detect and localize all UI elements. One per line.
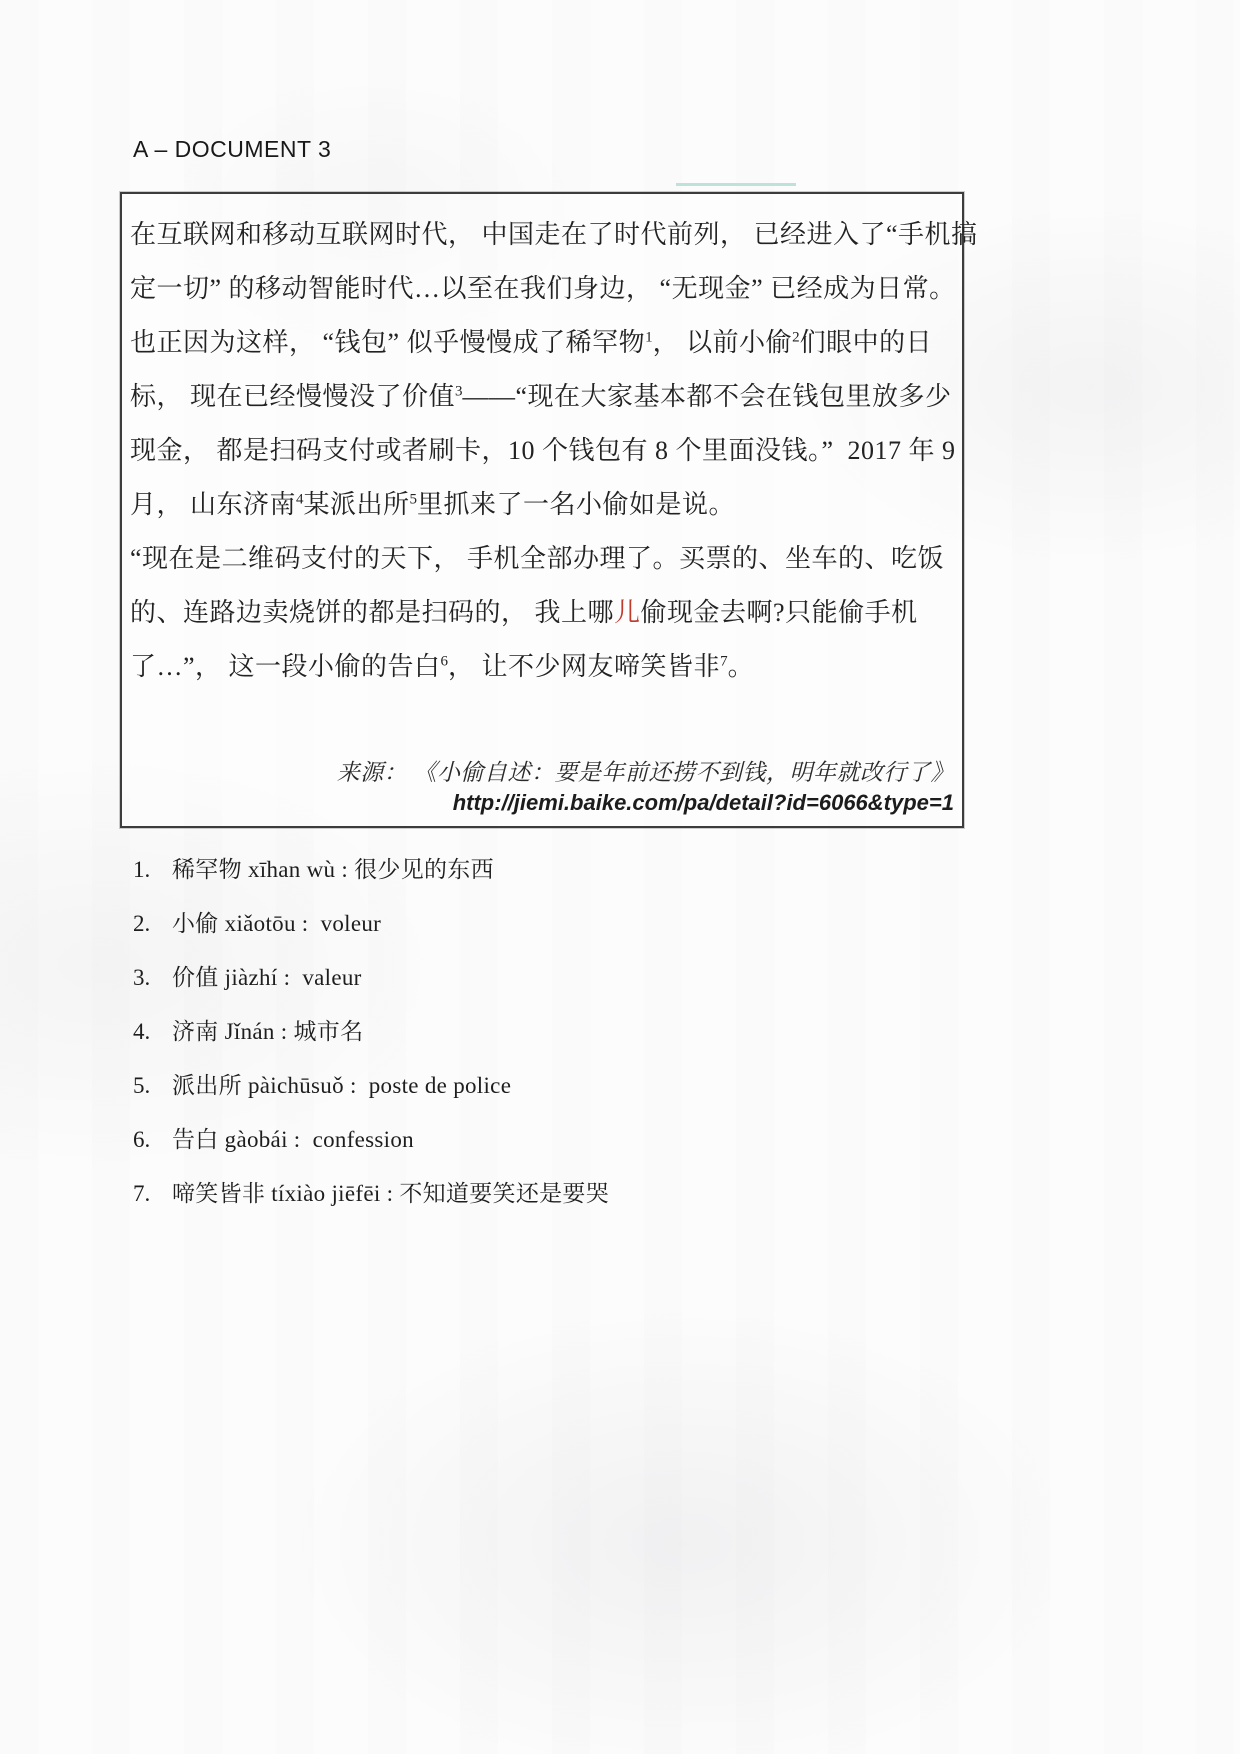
- body-text-run: 现金， 都是扫码支付或者刷卡，10 个钱包有 8 个里面没钱。” 2017 年 …: [130, 436, 956, 465]
- source-block: 来源： 《小偷自述：要是年前还捞不到钱，明年就改行了》 http://jiemi…: [130, 758, 954, 818]
- body-line: 在互联网和移动互联网时代， 中国走在了时代前列， 已经进入了“手机搞: [130, 208, 956, 262]
- source-url: http://jiemi.baike.com/pa/detail?id=6066…: [130, 788, 954, 818]
- body-text-run: 了…”， 这一段小偷的告白: [130, 652, 441, 681]
- page-title: A – DOCUMENT 3: [133, 136, 331, 163]
- footnote-list: 1.稀罕物 xīhan wù : 很少见的东西2.小偷 xiǎotōu : vo…: [133, 856, 973, 1234]
- footnote-item: 6.告白 gàobái : confession: [133, 1126, 973, 1154]
- body-line: 也正因为这样， “钱包” 似乎慢慢成了稀罕物1， 以前小偷2们眼中的日: [130, 316, 956, 370]
- body-line: 的、连路边卖烧饼的都是扫码的， 我上哪儿偷现金去啊?只能偷手机: [130, 586, 956, 640]
- body-line: 定一切” 的移动智能时代…以至在我们身边， “无现金” 已经成为日常。: [130, 262, 956, 316]
- source-citation: 来源： 《小偷自述：要是年前还捞不到钱，明年就改行了》: [130, 758, 954, 788]
- body-text-run: 在互联网和移动互联网时代， 中国走在了时代前列， 已经进入了“手机搞: [130, 220, 978, 249]
- highlighted-character: 儿: [614, 598, 641, 627]
- footnote-item: 7.啼笑皆非 tíxiào jiēfēi : 不知道要笑还是要哭: [133, 1180, 973, 1208]
- footnote-number: 1.: [133, 856, 172, 884]
- footnote-text: 济南 Jǐnán : 城市名: [172, 1018, 363, 1046]
- body-text-run: 。: [728, 652, 755, 681]
- body-text-run: 偷现金去啊?只能偷手机: [641, 598, 918, 627]
- footnote-reference: 5: [410, 491, 418, 507]
- footnote-text: 啼笑皆非 tíxiào jiēfēi : 不知道要笑还是要哭: [172, 1180, 609, 1208]
- footnote-reference: 1: [645, 329, 653, 345]
- footnote-reference: 2: [792, 329, 800, 345]
- footnote-number: 7.: [133, 1180, 172, 1208]
- footnote-item: 2.小偷 xiǎotōu : voleur: [133, 910, 973, 938]
- scan-artifact-line: [676, 183, 796, 186]
- body-text-run: 月， 山东济南: [130, 490, 296, 519]
- footnote-number: 6.: [133, 1126, 172, 1154]
- footnote-item: 3.价值 jiàzhí : valeur: [133, 964, 973, 992]
- body-line: 月， 山东济南4某派出所5里抓来了一名小偷如是说。: [130, 478, 956, 532]
- footnote-number: 4.: [133, 1018, 172, 1046]
- footnote-reference: 4: [296, 491, 304, 507]
- body-text-run: 也正因为这样， “钱包” 似乎慢慢成了稀罕物: [130, 328, 645, 357]
- body-line: 现金， 都是扫码支付或者刷卡，10 个钱包有 8 个里面没钱。” 2017 年 …: [130, 424, 956, 478]
- body-line: 标， 现在已经慢慢没了价值3——“现在大家基本都不会在钱包里放多少: [130, 370, 956, 424]
- footnote-number: 2.: [133, 910, 172, 938]
- footnote-reference: 3: [455, 383, 463, 399]
- body-text-run: 标， 现在已经慢慢没了价值: [130, 382, 455, 411]
- document-body: 在互联网和移动互联网时代， 中国走在了时代前列， 已经进入了“手机搞定一切” 的…: [122, 194, 962, 694]
- body-text-run: ， 以前小偷: [653, 328, 793, 357]
- footnote-reference: 6: [441, 653, 449, 669]
- footnote-text: 价值 jiàzhí : valeur: [172, 964, 362, 992]
- body-text-run: 里抓来了一名小偷如是说。: [417, 490, 735, 519]
- footnote-text: 告白 gàobái : confession: [172, 1126, 414, 1154]
- body-text-run: 们眼中的日: [800, 328, 933, 357]
- body-text-run: “现在是二维码支付的天下， 手机全部办理了。买票的、坐车的、吃饭: [130, 544, 944, 573]
- body-text-run: 定一切” 的移动智能时代…以至在我们身边， “无现金” 已经成为日常。: [130, 274, 956, 303]
- footnote-number: 3.: [133, 964, 172, 992]
- footnote-text: 派出所 pàichūsuǒ : poste de police: [172, 1072, 511, 1100]
- footnote-text: 小偷 xiǎotōu : voleur: [172, 910, 381, 938]
- body-text-run: ， 让不少网友啼笑皆非: [448, 652, 720, 681]
- body-line: 了…”， 这一段小偷的告白6， 让不少网友啼笑皆非7。: [130, 640, 956, 694]
- footnote-number: 5.: [133, 1072, 172, 1100]
- footnote-text: 稀罕物 xīhan wù : 很少见的东西: [172, 856, 494, 884]
- body-text-run: 某派出所: [304, 490, 410, 519]
- body-line: “现在是二维码支付的天下， 手机全部办理了。买票的、坐车的、吃饭: [130, 532, 956, 586]
- body-text-run: ——“现在大家基本都不会在钱包里放多少: [463, 382, 952, 411]
- footnote-item: 1.稀罕物 xīhan wù : 很少见的东西: [133, 856, 973, 884]
- footnote-reference: 7: [720, 653, 728, 669]
- footnote-item: 4.济南 Jǐnán : 城市名: [133, 1018, 973, 1046]
- footnote-item: 5.派出所 pàichūsuǒ : poste de police: [133, 1072, 973, 1100]
- document-box: 在互联网和移动互联网时代， 中国走在了时代前列， 已经进入了“手机搞定一切” 的…: [120, 192, 964, 828]
- body-text-run: 的、连路边卖烧饼的都是扫码的， 我上哪: [130, 598, 614, 627]
